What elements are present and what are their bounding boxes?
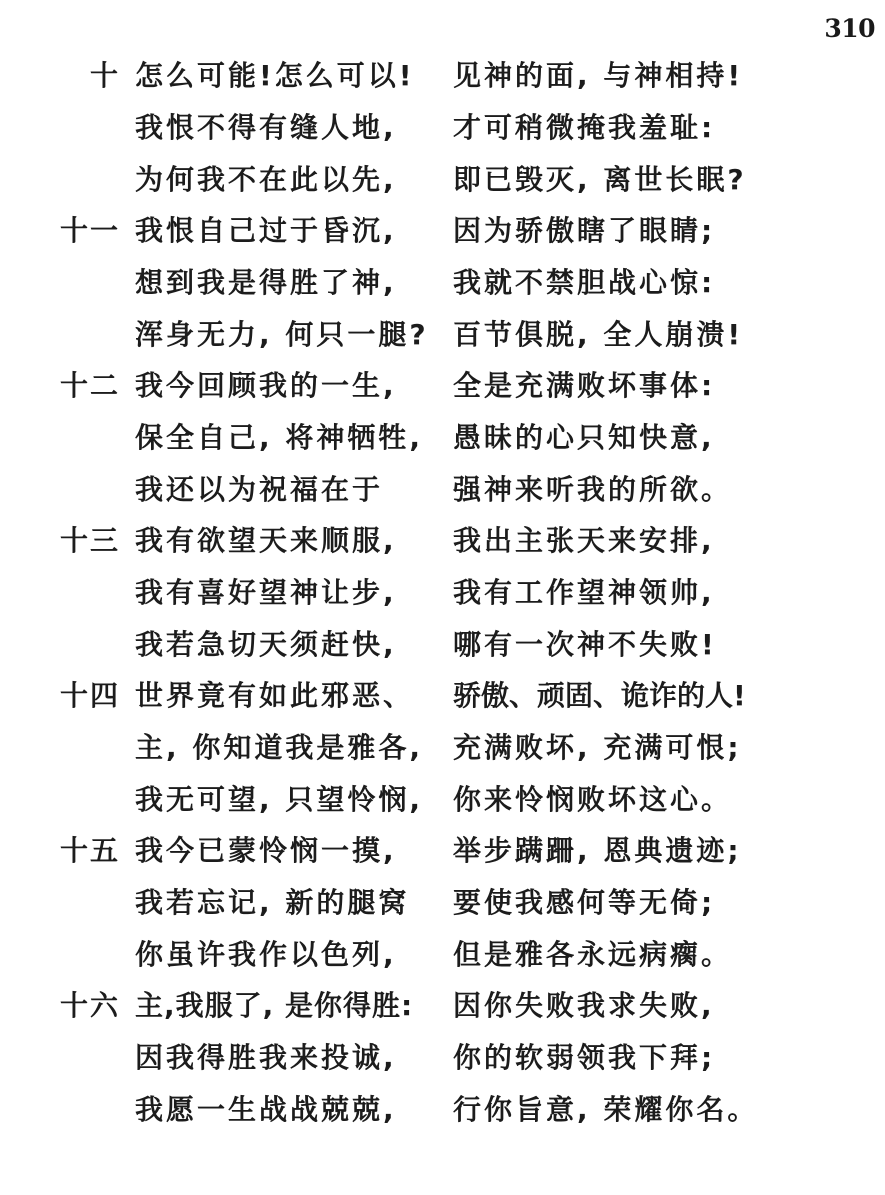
line-left-half: 浑身无力, 何只一腿? <box>135 315 429 355</box>
verse-number: 十二 <box>60 366 120 406</box>
verse-number: 十一 <box>60 211 120 251</box>
line-right-half: 但是雅各永远病瘸。 <box>453 935 732 975</box>
line-left-half: 我若忘记, 新的腿窝 <box>135 883 409 923</box>
line-right-half: 骄傲、顽固、诡诈的人! <box>453 676 746 716</box>
line-right-half: 哪有一次神不失败! <box>453 625 717 665</box>
verse-number: 十 <box>90 56 120 96</box>
stanza-line: 你虽许我作以色列, 但是雅各永远病瘸。 <box>0 935 885 975</box>
line-right-half: 强神来听我的所欲。 <box>453 470 732 510</box>
line-right-half: 我有工作望神领帅, <box>453 573 715 613</box>
verse-number: 十三 <box>60 521 120 561</box>
stanza-line: 主, 你知道我是雅各, 充满败坏, 充满可恨; <box>0 728 885 768</box>
line-left-half: 我今已蒙怜悯一摸, <box>135 831 397 871</box>
stanza-line: 十五 我今已蒙怜悯一摸, 举步蹒跚, 恩典遗迹; <box>0 831 885 871</box>
stanza-line: 我无可望, 只望怜悯, 你来怜悯败坏这心。 <box>0 780 885 820</box>
stanza-line: 十六 主,我服了, 是你得胜: 因你失败我求失败, <box>0 986 885 1026</box>
stanza-line: 因我得胜我来投诚, 你的软弱领我下拜; <box>0 1038 885 1078</box>
line-left-half: 怎么可能!怎么可以! <box>135 56 415 96</box>
line-right-half: 我出主张天来安排, <box>453 521 715 561</box>
line-right-half: 百节俱脱, 全人崩溃! <box>453 315 743 355</box>
stanza-line: 我若忘记, 新的腿窝 要使我感何等无倚; <box>0 883 885 923</box>
line-right-half: 你的软弱领我下拜; <box>453 1038 715 1078</box>
line-left-half: 主,我服了, 是你得胜: <box>135 986 413 1026</box>
line-right-half: 举步蹒跚, 恩典遗迹; <box>453 831 742 871</box>
line-right-half: 行你旨意, 荣耀你名。 <box>453 1090 758 1130</box>
line-left-half: 我若急切天须赶快, <box>135 625 397 665</box>
line-left-half: 因我得胜我来投诚, <box>135 1038 397 1078</box>
stanza-line: 十三 我有欲望天来顺服, 我出主张天来安排, <box>0 521 885 561</box>
line-left-half: 想到我是得胜了神, <box>135 263 397 303</box>
line-left-half: 我还以为祝福在于 <box>135 470 383 510</box>
stanza-line: 我愿一生战战兢兢, 行你旨意, 荣耀你名。 <box>0 1090 885 1130</box>
stanza-line: 我恨不得有缝人地, 才可稍微掩我羞耻: <box>0 108 885 148</box>
line-right-half: 见神的面, 与神相持! <box>453 56 743 96</box>
line-left-half: 我今回顾我的一生, <box>135 366 397 406</box>
line-right-half: 你来怜悯败坏这心。 <box>453 780 732 820</box>
line-right-half: 因你失败我求失败, <box>453 986 715 1026</box>
line-right-half: 愚昧的心只知快意, <box>453 418 715 458</box>
line-left-half: 我无可望, 只望怜悯, <box>135 780 423 820</box>
page-number: 310 <box>824 14 875 43</box>
stanza-line: 十一 我恨自己过于昏沉, 因为骄傲瞎了眼睛; <box>0 211 885 251</box>
verse-number: 十六 <box>60 986 120 1026</box>
stanza-line: 我还以为祝福在于 强神来听我的所欲。 <box>0 470 885 510</box>
line-left-half: 主, 你知道我是雅各, <box>135 728 423 768</box>
stanza-line: 想到我是得胜了神, 我就不禁胆战心惊: <box>0 263 885 303</box>
line-left-half: 我有喜好望神让步, <box>135 573 397 613</box>
line-right-half: 全是充满败坏事体: <box>453 366 715 406</box>
line-left-half: 你虽许我作以色列, <box>135 935 397 975</box>
line-left-half: 我恨自己过于昏沉, <box>135 211 397 251</box>
stanza-line: 浑身无力, 何只一腿? 百节俱脱, 全人崩溃! <box>0 315 885 355</box>
stanza-line: 十四 世界竟有如此邪恶、 骄傲、顽固、诡诈的人! <box>0 676 885 716</box>
line-left-half: 我愿一生战战兢兢, <box>135 1090 397 1130</box>
stanza-line: 我若急切天须赶快, 哪有一次神不失败! <box>0 625 885 665</box>
verse-number: 十五 <box>60 831 120 871</box>
line-left-half: 我恨不得有缝人地, <box>135 108 397 148</box>
stanza-line: 保全自己, 将神牺牲, 愚昧的心只知快意, <box>0 418 885 458</box>
line-right-half: 才可稍微掩我羞耻: <box>453 108 715 148</box>
verse-number: 十四 <box>60 676 120 716</box>
line-right-half: 我就不禁胆战心惊: <box>453 263 715 303</box>
line-left-half: 世界竟有如此邪恶、 <box>135 676 414 716</box>
line-right-half: 即已毁灭, 离世长眠? <box>453 160 747 200</box>
line-left-half: 我有欲望天来顺服, <box>135 521 397 561</box>
stanza-line: 为何我不在此以先, 即已毁灭, 离世长眠? <box>0 160 885 200</box>
line-right-half: 要使我感何等无倚; <box>453 883 715 923</box>
stanza-line: 十二 我今回顾我的一生, 全是充满败坏事体: <box>0 366 885 406</box>
line-right-half: 充满败坏, 充满可恨; <box>453 728 742 768</box>
stanza-line: 我有喜好望神让步, 我有工作望神领帅, <box>0 573 885 613</box>
line-right-half: 因为骄傲瞎了眼睛; <box>453 211 715 251</box>
stanza-line: 十 怎么可能!怎么可以! 见神的面, 与神相持! <box>0 56 885 96</box>
line-left-half: 保全自己, 将神牺牲, <box>135 418 423 458</box>
line-left-half: 为何我不在此以先, <box>135 160 397 200</box>
